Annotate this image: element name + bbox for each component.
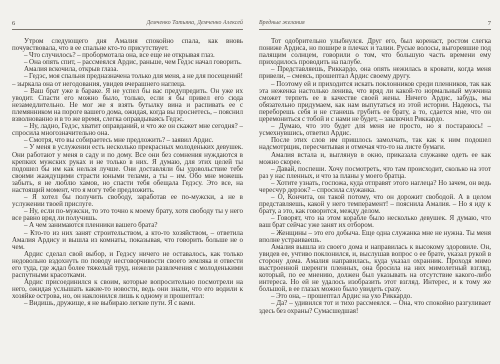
page-header-right: Вредные желания 7 — [259, 20, 491, 30]
paragraph: Тот одобрительно улыбнулся. Друг его, бы… — [259, 38, 491, 66]
paragraph: – Думаю, что это будет для меня не прост… — [259, 123, 491, 137]
page-body-left: Утром следующего дня Амалия спокойно спа… — [12, 38, 243, 308]
paragraph: – О, Кончита, он такой потому, что он до… — [259, 194, 491, 215]
paragraph: – Давай, поспеши. Хочу посмотреть, что т… — [259, 166, 491, 180]
paragraph: – Видишь, дружище, я не выбираю легкие п… — [12, 300, 243, 307]
page-number-left: 6 — [12, 20, 15, 27]
running-head-authors: Демченко Татьяна, Демченко Алексей — [147, 20, 244, 27]
paragraph: Амалия встала и, выглянув в окно, приказ… — [259, 152, 491, 166]
paragraph: – У меня в услужении есть несколько прек… — [12, 144, 243, 194]
paragraph: Ардис присоединился к своим, которые воп… — [12, 279, 243, 300]
paragraph: – Говорят, что на этом корабле было неск… — [259, 215, 491, 229]
paragraph: – Ваш брат уже в бараке. Я не успел бы в… — [12, 88, 243, 123]
book-spread: 6 Демченко Татьяна, Демченко Алексей Утр… — [0, 0, 500, 364]
paragraph: – Ну, ладно, Гедэс, хватит оправданий, и… — [12, 123, 243, 137]
paragraph: – Представляешь, Риккардо, она опять неж… — [259, 66, 491, 80]
paragraph: – Я хотел бы получить свободу, заработав… — [12, 194, 243, 208]
paragraph: – Гедэс, моя спальня предназначена тольк… — [12, 73, 243, 87]
page-right: Вредные желания 7 Тот одобрительно улыбн… — [250, 0, 500, 364]
page-header-left: 6 Демченко Татьяна, Демченко Алексей — [12, 20, 243, 30]
paragraph: – Да? – удивился тот и тихо рассмеялся. … — [259, 300, 491, 314]
page-number-right: 7 — [488, 20, 491, 27]
paragraph: – Женщины – это его добыча. Еще одна слу… — [259, 230, 491, 244]
paragraph: – Кто-то из них занят строительством, а … — [12, 230, 243, 251]
running-head-title: Вредные желания — [259, 20, 305, 27]
paragraph: – Ну, если по-мужски, то это точно к мое… — [12, 208, 243, 222]
paragraph: После этих слов им пришлось замолчать, т… — [259, 137, 491, 151]
page-body-right: Тот одобрительно улыбнулся. Друг его, бы… — [259, 38, 491, 315]
page-left: 6 Демченко Татьяна, Демченко Алексей Утр… — [0, 0, 250, 364]
paragraph: – Поэтому ей и приходится искать поклонн… — [259, 81, 491, 124]
paragraph: Амалия вышла из своего дома и направилас… — [259, 244, 491, 294]
paragraph: Утром следующего дня Амалия спокойно спа… — [12, 38, 243, 52]
paragraph: – Хотите узнать, госпожа, куда отправят … — [259, 180, 491, 194]
paragraph: Ардис сделал свой выбор, и Гедэсу ничего… — [12, 251, 243, 279]
